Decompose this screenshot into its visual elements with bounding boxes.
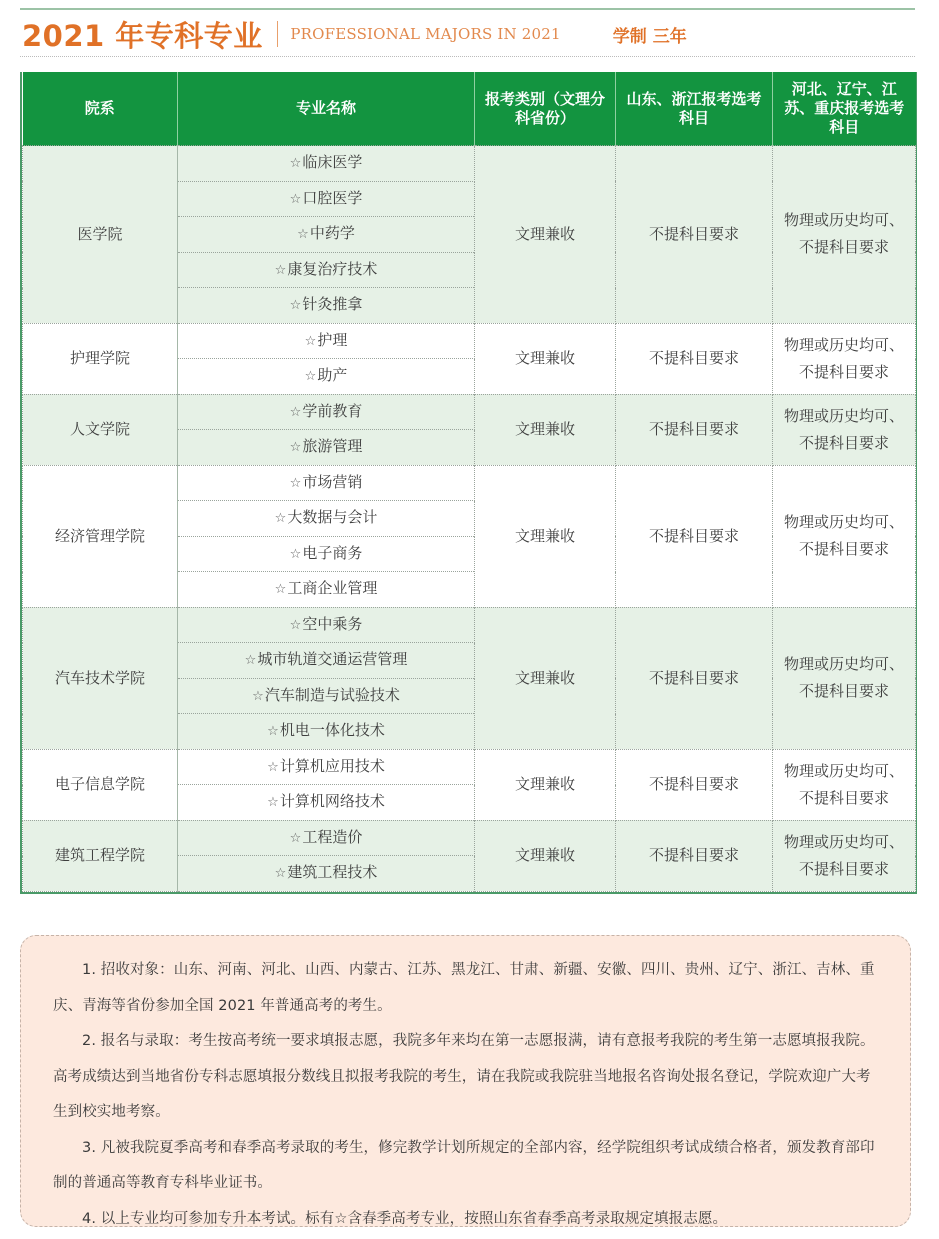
table-row: 电子信息学院☆计算机应用技术文理兼收不提科目要求物理或历史均可、不提科目要求 — [23, 749, 916, 785]
other-subjects-line2: 不提科目要求 — [777, 430, 911, 457]
star-icon: ☆ — [290, 192, 302, 207]
category-cell: 文理兼收 — [475, 323, 616, 394]
major-name: 工商企业管理 — [287, 579, 377, 597]
major-name: 城市轨道交通运营管理 — [257, 650, 407, 668]
column-header-department: 院系 — [23, 72, 178, 146]
table-row: 建筑工程学院☆工程造价文理兼收不提科目要求物理或历史均可、不提科目要求 — [23, 820, 916, 856]
sd-zj-subjects-cell: 不提科目要求 — [616, 749, 773, 820]
major-cell: ☆空中乘务 — [178, 607, 475, 643]
major-cell: ☆机电一体化技术 — [178, 714, 475, 750]
major-cell: ☆口腔医学 — [178, 181, 475, 217]
other-subjects-cell: 物理或历史均可、不提科目要求 — [773, 394, 916, 465]
other-subjects-line1: 物理或历史均可、 — [777, 509, 911, 536]
sd-zj-subjects-cell: 不提科目要求 — [616, 394, 773, 465]
table-body: 医学院☆临床医学文理兼收不提科目要求物理或历史均可、不提科目要求☆口腔医学☆中药… — [23, 146, 916, 892]
star-icon: ☆ — [290, 405, 302, 420]
star-icon: ☆ — [275, 582, 287, 597]
other-subjects-cell: 物理或历史均可、不提科目要求 — [773, 146, 916, 324]
major-cell: ☆工商企业管理 — [178, 572, 475, 608]
star-icon: ☆ — [290, 298, 302, 313]
major-cell: ☆临床医学 — [178, 146, 475, 182]
other-subjects-line2: 不提科目要求 — [777, 536, 911, 563]
category-cell: 文理兼收 — [475, 749, 616, 820]
star-icon: ☆ — [305, 334, 317, 349]
table-header-row: 院系 专业名称 报考类别（文理分科省份） 山东、浙江报考选考科目 河北、辽宁、江… — [23, 72, 916, 146]
major-cell: ☆汽车制造与试验技术 — [178, 678, 475, 714]
other-subjects-cell: 物理或历史均可、不提科目要求 — [773, 465, 916, 607]
major-name: 口腔医学 — [302, 189, 362, 207]
major-cell: ☆护理 — [178, 323, 475, 359]
major-name: 电子商务 — [302, 544, 362, 562]
major-name: 空中乘务 — [302, 615, 362, 633]
sd-zj-subjects-cell: 不提科目要求 — [616, 465, 773, 607]
other-subjects-cell: 物理或历史均可、不提科目要求 — [773, 820, 916, 891]
major-cell: ☆康复治疗技术 — [178, 252, 475, 288]
department-cell: 经济管理学院 — [23, 465, 178, 607]
star-icon: ☆ — [275, 263, 287, 278]
note-item: 2. 报名与录取：考生按高考统一要求填报志愿，我院多年来均在第一志愿报满，请有意… — [53, 1024, 878, 1131]
category-cell: 文理兼收 — [475, 394, 616, 465]
major-name: 护理 — [317, 331, 347, 349]
program-duration: 学制 三年 — [613, 22, 687, 47]
other-subjects-line2: 不提科目要求 — [777, 234, 911, 261]
page-subtitle-en: PROFESSIONAL MAJORS IN 2021 — [290, 25, 560, 43]
major-cell: ☆中药学 — [178, 217, 475, 253]
section-header: 2021 年专科专业 PROFESSIONAL MAJORS IN 2021 学… — [22, 14, 687, 54]
major-name: 助产 — [317, 366, 347, 384]
other-subjects-cell: 物理或历史均可、不提科目要求 — [773, 323, 916, 394]
major-cell: ☆市场营销 — [178, 465, 475, 501]
star-icon: ☆ — [290, 476, 302, 491]
star-icon: ☆ — [290, 156, 302, 171]
major-cell: ☆城市轨道交通运营管理 — [178, 643, 475, 679]
admission-notes: 1. 招收对象：山东、河南、河北、山西、内蒙古、江苏、黑龙江、甘肃、新疆、安徽、… — [20, 935, 911, 1227]
department-cell: 人文学院 — [23, 394, 178, 465]
table-row: 护理学院☆护理文理兼收不提科目要求物理或历史均可、不提科目要求 — [23, 323, 916, 359]
major-cell: ☆工程造价 — [178, 820, 475, 856]
table-row: 汽车技术学院☆空中乘务文理兼收不提科目要求物理或历史均可、不提科目要求 — [23, 607, 916, 643]
major-cell: ☆大数据与会计 — [178, 501, 475, 537]
star-icon: ☆ — [290, 831, 302, 846]
major-cell: ☆计算机网络技术 — [178, 785, 475, 821]
major-cell: ☆建筑工程技术 — [178, 856, 475, 892]
other-subjects-cell: 物理或历史均可、不提科目要求 — [773, 607, 916, 749]
major-name: 大数据与会计 — [287, 508, 377, 526]
star-icon: ☆ — [275, 511, 287, 526]
major-name: 建筑工程技术 — [287, 863, 377, 881]
other-subjects-line2: 不提科目要求 — [777, 785, 911, 812]
page-title: 2021 年专科专业 — [22, 14, 263, 55]
major-name: 临床医学 — [302, 153, 362, 171]
other-subjects-line2: 不提科目要求 — [777, 856, 911, 883]
department-cell: 汽车技术学院 — [23, 607, 178, 749]
category-cell: 文理兼收 — [475, 146, 616, 324]
star-icon: ☆ — [305, 369, 317, 384]
column-header-category: 报考类别（文理分科省份） — [475, 72, 616, 146]
sd-zj-subjects-cell: 不提科目要求 — [616, 323, 773, 394]
star-icon: ☆ — [267, 724, 279, 739]
department-cell: 电子信息学院 — [23, 749, 178, 820]
majors-table: 院系 专业名称 报考类别（文理分科省份） 山东、浙江报考选考科目 河北、辽宁、江… — [20, 72, 917, 894]
column-header-sd-zj-subjects: 山东、浙江报考选考科目 — [616, 72, 773, 146]
department-cell: 医学院 — [23, 146, 178, 324]
other-subjects-cell: 物理或历史均可、不提科目要求 — [773, 749, 916, 820]
sd-zj-subjects-cell: 不提科目要求 — [616, 820, 773, 891]
column-header-major: 专业名称 — [178, 72, 475, 146]
major-cell: ☆学前教育 — [178, 394, 475, 430]
note-item: 4. 以上专业均可参加专升本考试。标有☆含春季高考专业，按照山东省春季高考录取规… — [53, 1202, 878, 1238]
major-name: 机电一体化技术 — [280, 721, 385, 739]
column-header-other-subjects: 河北、辽宁、江苏、重庆报考选考科目 — [773, 72, 916, 146]
major-cell: ☆针灸推拿 — [178, 288, 475, 324]
other-subjects-line1: 物理或历史均可、 — [777, 651, 911, 678]
header-dotted-divider — [20, 56, 915, 57]
major-name: 学前教育 — [302, 402, 362, 420]
star-icon: ☆ — [245, 653, 257, 668]
note-item: 1. 招收对象：山东、河南、河北、山西、内蒙古、江苏、黑龙江、甘肃、新疆、安徽、… — [53, 953, 878, 1024]
table-row: 经济管理学院☆市场营销文理兼收不提科目要求物理或历史均可、不提科目要求 — [23, 465, 916, 501]
major-cell: ☆电子商务 — [178, 536, 475, 572]
star-icon: ☆ — [252, 689, 264, 704]
other-subjects-line2: 不提科目要求 — [777, 678, 911, 705]
category-cell: 文理兼收 — [475, 465, 616, 607]
major-name: 旅游管理 — [302, 437, 362, 455]
top-divider — [20, 8, 915, 10]
star-icon: ☆ — [297, 227, 309, 242]
other-subjects-line2: 不提科目要求 — [777, 359, 911, 386]
star-icon: ☆ — [275, 866, 287, 881]
table-row: 医学院☆临床医学文理兼收不提科目要求物理或历史均可、不提科目要求 — [23, 146, 916, 182]
category-cell: 文理兼收 — [475, 820, 616, 891]
other-subjects-line1: 物理或历史均可、 — [777, 332, 911, 359]
department-cell: 护理学院 — [23, 323, 178, 394]
major-name: 市场营销 — [302, 473, 362, 491]
major-name: 康复治疗技术 — [287, 260, 377, 278]
star-icon: ☆ — [267, 760, 279, 775]
major-name: 计算机网络技术 — [280, 792, 385, 810]
category-cell: 文理兼收 — [475, 607, 616, 749]
other-subjects-line1: 物理或历史均可、 — [777, 758, 911, 785]
star-icon: ☆ — [290, 618, 302, 633]
star-icon: ☆ — [290, 547, 302, 562]
major-cell: ☆助产 — [178, 359, 475, 395]
title-separator — [277, 21, 279, 47]
other-subjects-line1: 物理或历史均可、 — [777, 207, 911, 234]
other-subjects-line1: 物理或历史均可、 — [777, 403, 911, 430]
major-cell: ☆旅游管理 — [178, 430, 475, 466]
sd-zj-subjects-cell: 不提科目要求 — [616, 607, 773, 749]
major-name: 计算机应用技术 — [280, 757, 385, 775]
major-cell: ☆计算机应用技术 — [178, 749, 475, 785]
other-subjects-line1: 物理或历史均可、 — [777, 829, 911, 856]
department-cell: 建筑工程学院 — [23, 820, 178, 891]
star-icon: ☆ — [267, 795, 279, 810]
note-item: 3. 凡被我院夏季高考和春季高考录取的考生，修完教学计划所规定的全部内容，经学院… — [53, 1131, 878, 1202]
major-name: 汽车制造与试验技术 — [265, 686, 400, 704]
star-icon: ☆ — [290, 440, 302, 455]
major-name: 工程造价 — [302, 828, 362, 846]
major-name: 针灸推拿 — [302, 295, 362, 313]
major-name: 中药学 — [310, 224, 355, 242]
table-row: 人文学院☆学前教育文理兼收不提科目要求物理或历史均可、不提科目要求 — [23, 394, 916, 430]
sd-zj-subjects-cell: 不提科目要求 — [616, 146, 773, 324]
